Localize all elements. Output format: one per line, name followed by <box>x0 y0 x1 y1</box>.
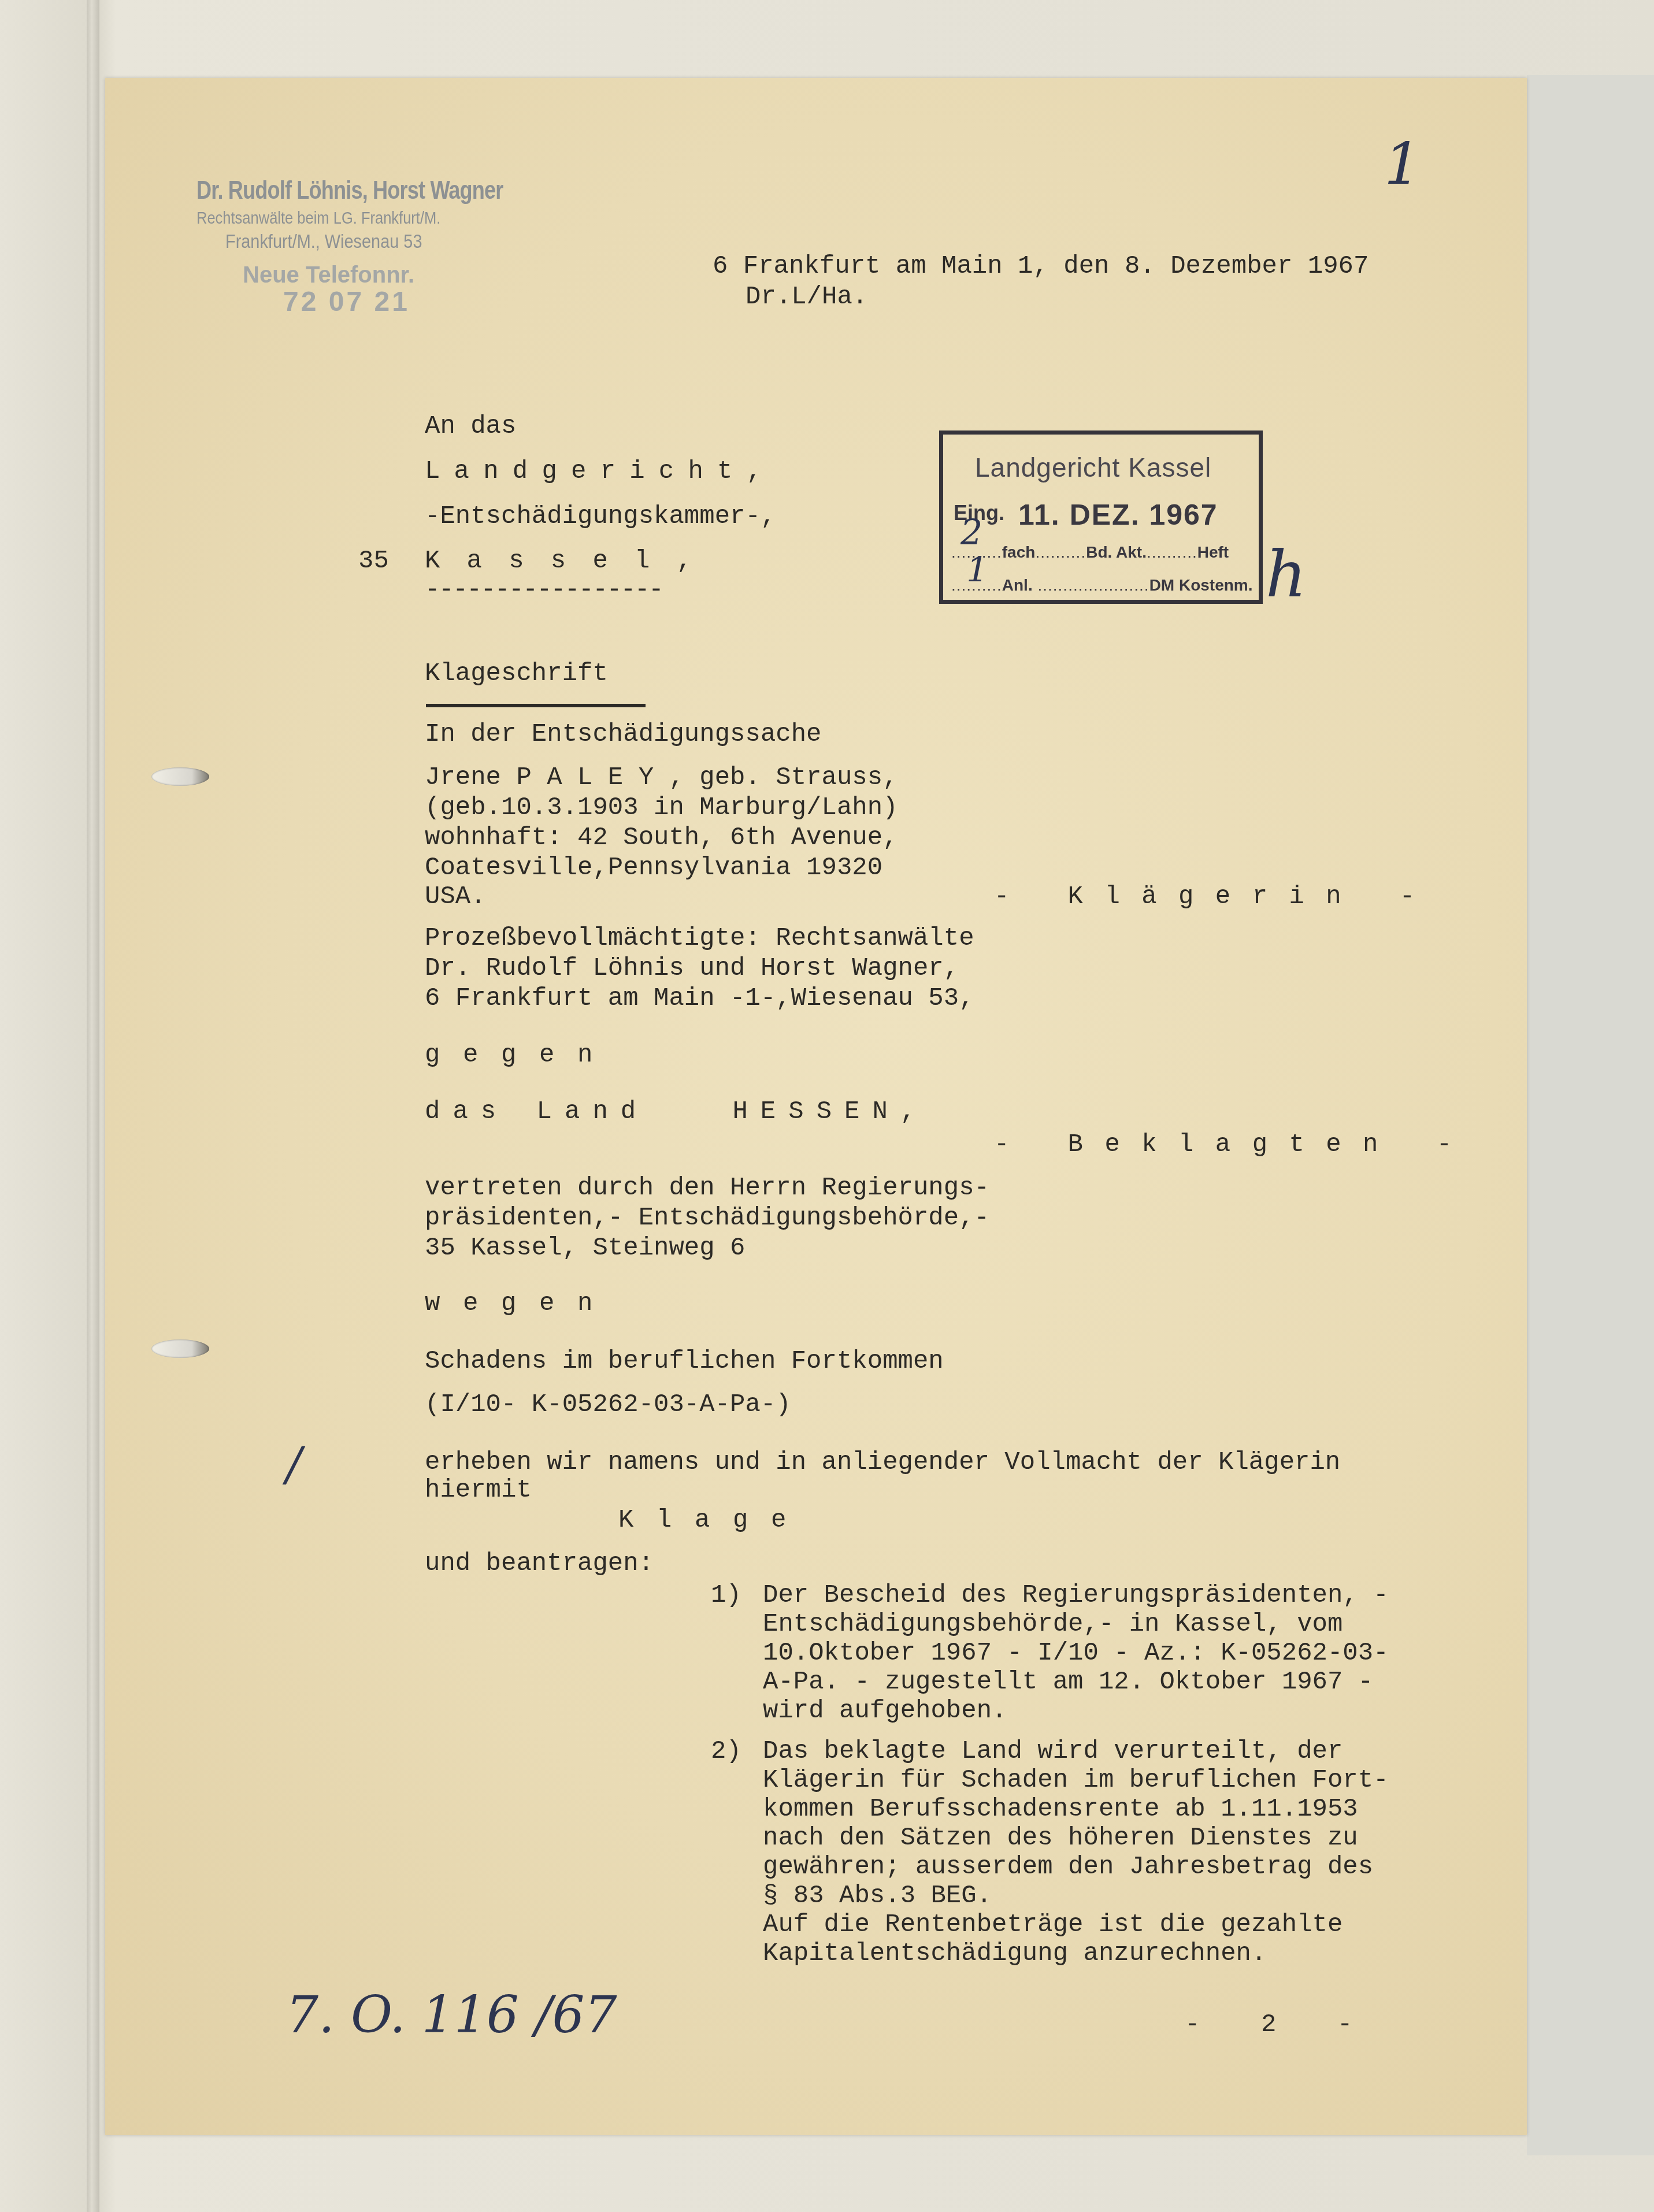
recipient-chamber: -Entschädigungskammer-, <box>425 502 776 532</box>
against-label: gegen <box>425 1040 615 1070</box>
stamp-fach-label: fach <box>1002 543 1036 561</box>
motion-2-line: Auf die Rentenbeträge ist die gezahlte <box>763 1910 1343 1940</box>
defendant-rep-line2: präsidenten,- Entschädigungsbehörde,- <box>425 1203 989 1233</box>
motion-2-line: Klägerin für Schaden im beruflichen Fort… <box>763 1765 1389 1795</box>
recipient-underline: ----------------- <box>425 575 662 605</box>
motion-1-line: wird aufgehoben. <box>763 1696 1007 1726</box>
letterhead-profession: Rechtsanwälte beim LG. Frankfurt/M. <box>196 209 511 228</box>
place-date-line: 6 Frankfurt am Main 1, den 8. Dezember 1… <box>713 251 1369 281</box>
plaintiff-country: USA. <box>425 882 486 912</box>
motion-2-line: kommen Berufsschadensrente ab 1.11.1953 <box>763 1794 1358 1824</box>
margin-mark: / <box>286 1438 302 1491</box>
stamp-dm-label: DM Kostenm. <box>1149 576 1253 594</box>
motion-1-line: A-Pa. - zugestellt am 12. Oktober 1967 - <box>763 1667 1373 1697</box>
defendant-role: - Beklagten - <box>994 1130 1473 1160</box>
counsel-line3: 6 Frankfurt am Main -1-,Wiesenau 53, <box>425 983 974 1014</box>
motion-1-line: Entschädigungsbehörde,- in Kassel, vom <box>763 1609 1343 1639</box>
recipient-city: Kassel, <box>425 546 718 576</box>
plaintiff-role: - Klägerin - <box>994 882 1437 912</box>
subject-line: Schadens im beruflichen Fortkommen <box>425 1346 944 1376</box>
motion-2-line: gewähren; ausserdem den Jahresbetrag des <box>763 1852 1373 1882</box>
punch-hole-top <box>151 767 209 786</box>
file-reference: (I/10- K-05262-03-A-Pa-) <box>425 1390 791 1420</box>
motion-1-number: 1) <box>711 1580 741 1610</box>
stamp-anl-label: Anl. <box>1002 576 1033 594</box>
reference-line: Dr.L/Ha. <box>746 282 867 312</box>
letterhead-address: Frankfurt/M., Wiesenau 53 <box>225 231 516 253</box>
defendant-rep-line1: vertreten durch den Herrn Regierungs- <box>425 1173 989 1203</box>
stamp-bd-akt-label: Bd. Akt. <box>1086 543 1147 561</box>
backing-sheet-edge <box>1527 75 1654 2155</box>
document-title: Klageschrift <box>425 659 608 689</box>
motion-2-line: Das beklagte Land wird verurteilt, der <box>763 1736 1343 1766</box>
klage-heading: Klage <box>618 1505 809 1535</box>
recipient-postal-code: 35 <box>358 546 389 576</box>
regarding-label: wegen <box>425 1289 615 1319</box>
binder-edge <box>87 0 99 2212</box>
counsel-line2: Dr. Rudolf Löhnis und Horst Wagner, <box>425 953 959 983</box>
defendant-rep-line3: 35 Kassel, Steinweg 6 <box>425 1233 746 1263</box>
plaintiff-name: Jrene P A L E Y , geb. Strauss, <box>425 763 898 793</box>
letterhead-names: Dr. Rudolf Löhnis, Horst Wagner <box>196 176 500 205</box>
stamp-court-name: Landgericht Kassel <box>975 452 1211 483</box>
defendant-name: das Land HESSEN, <box>425 1097 928 1127</box>
punch-hole-bottom <box>151 1339 209 1358</box>
letterhead-stamp: Dr. Rudolf Löhnis, Horst Wagner Rechtsan… <box>196 176 566 318</box>
motion-2-line: Kapitalentschädigung anzurechnen. <box>763 1939 1266 1969</box>
motion-2-line: § 83 Abs.3 BEG. <box>763 1881 992 1911</box>
handwritten-initial: h <box>1266 537 1307 611</box>
letterhead-phone-number: 72 07 21 <box>283 286 566 318</box>
stamp-heft-label: Heft <box>1197 543 1229 561</box>
case-intro: In der Entschädigungssache <box>425 719 822 749</box>
page-footer-number: - 2 - <box>1185 2010 1375 2040</box>
counsel-line1: Prozeßbevollmächtigte: Rechtsanwälte <box>425 923 974 953</box>
motion-2-line: nach den Sätzen des höheren Dienstes zu <box>763 1823 1358 1853</box>
stamp-handwritten-mark-1: 2 <box>960 513 982 553</box>
motion-1-line: 10.Oktober 1967 - I/10 - Az.: K-05262-03… <box>763 1638 1389 1668</box>
action-line2: hiermit <box>425 1475 532 1505</box>
stamp-handwritten-mark-2: 1 <box>966 550 988 591</box>
title-underline <box>426 704 646 707</box>
court-receipt-stamp: Landgericht Kassel Eing. 11. DEZ. 1967 .… <box>939 430 1263 604</box>
stamp-received-date: 11. DEZ. 1967 <box>1018 498 1218 532</box>
recipient-court: Landgericht, <box>425 456 776 487</box>
plaintiff-residence: wohnhaft: 42 South, 6th Avenue, <box>425 823 898 853</box>
stamp-row-file: ..........fach..........Bd. Akt.........… <box>951 543 1229 562</box>
letterhead-phone-label: Neue Telefonnr. <box>243 262 566 288</box>
handwritten-page-number: 1 <box>1384 130 1421 198</box>
recipient-line1: An das <box>425 411 516 441</box>
handwritten-file-number: 7. O. 116 /67 <box>286 1985 617 2044</box>
action-line1: erheben wir namens und in anliegender Vo… <box>425 1448 1340 1478</box>
plaintiff-city: Coatesville,Pennsylvania 19320 <box>425 853 882 883</box>
motion-intro: und beantragen: <box>425 1549 654 1579</box>
motion-1-line: Der Bescheid des Regierungspräsidenten, … <box>763 1580 1389 1610</box>
plaintiff-birth: (geb.10.3.1903 in Marburg/Lahn) <box>425 793 898 823</box>
stamp-row-fees: ..........Anl. ......................DM … <box>951 576 1253 595</box>
motion-2-number: 2) <box>711 1736 741 1766</box>
